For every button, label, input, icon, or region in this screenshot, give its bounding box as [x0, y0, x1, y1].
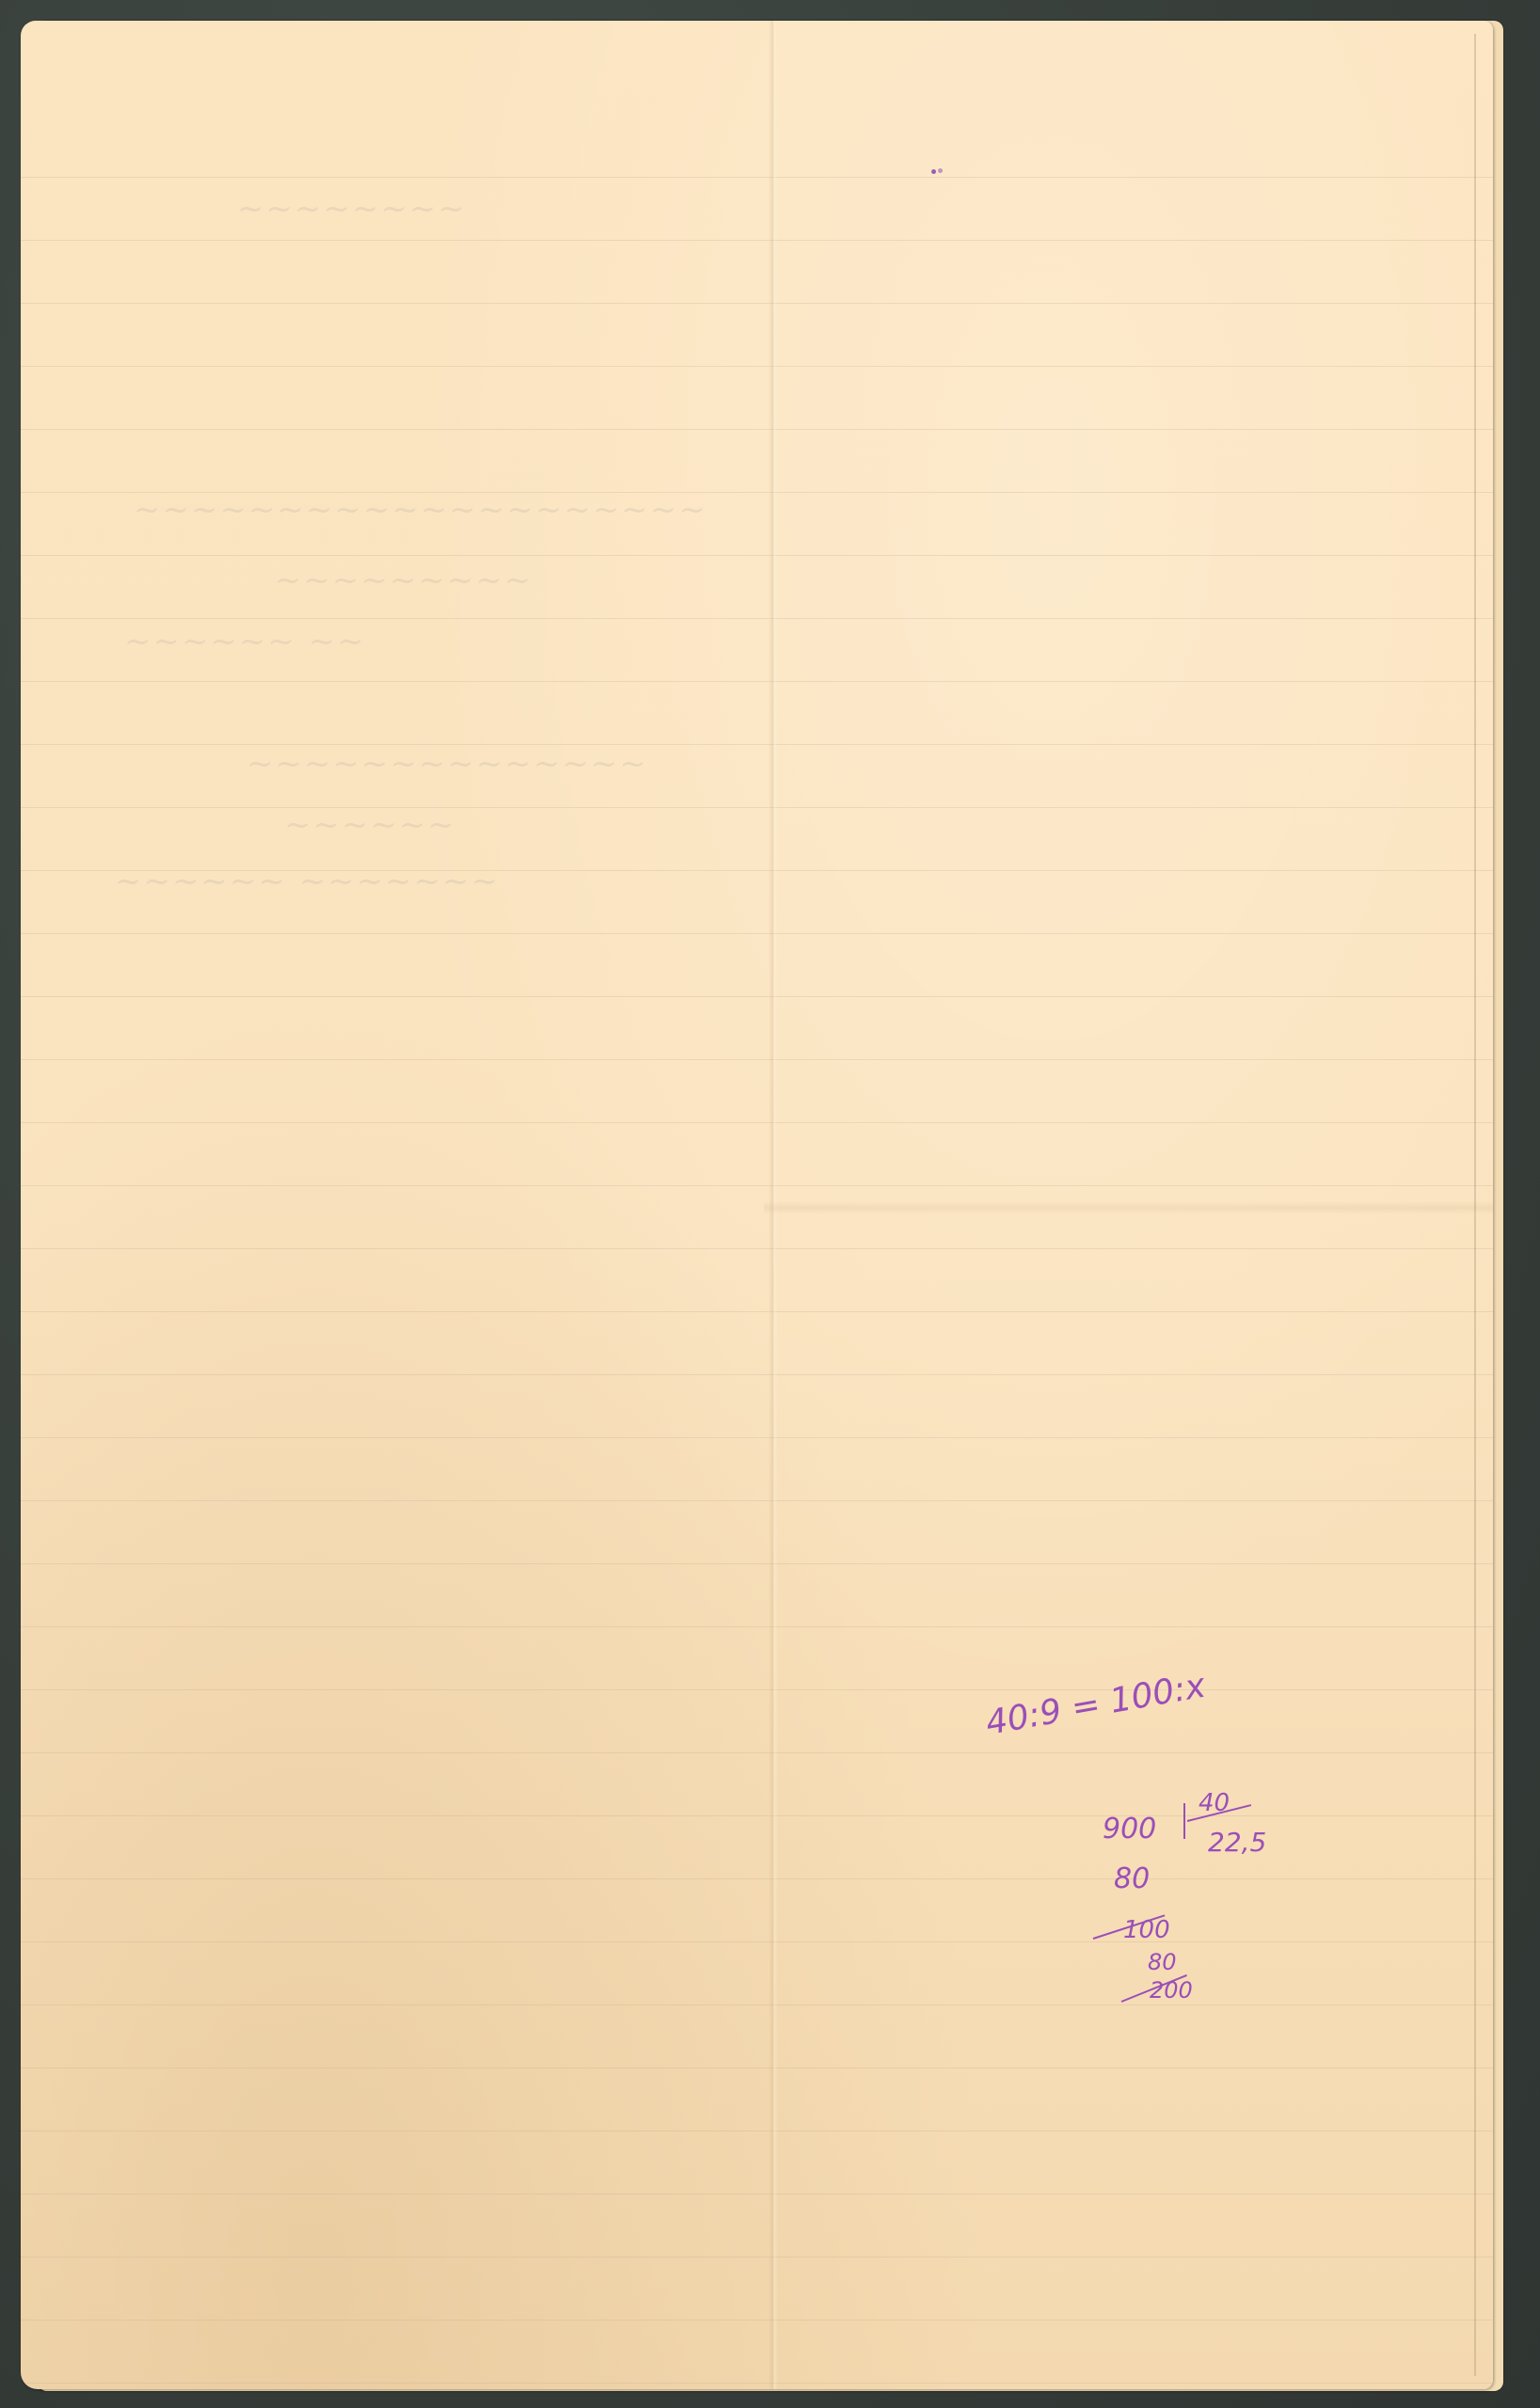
- bleed-through-text: ~~~~~~~~: [237, 190, 467, 228]
- remainder-step-1: 100: [1123, 1916, 1170, 1944]
- bleed-through-text: ~~~~~~~~~~~~~~~~~~~~: [134, 491, 707, 529]
- subtraction-step-1: 80: [1114, 1862, 1150, 1895]
- sheet-edge: [1474, 34, 1476, 2376]
- bleed-through-text: ~~~~~~ ~~~~~~~: [115, 863, 500, 900]
- bleed-through-text: ~~~~~~~~~: [275, 562, 532, 599]
- remainder-step-2: 200: [1150, 1977, 1193, 2004]
- division-dividend: 900: [1103, 1813, 1156, 1846]
- ink-dot: [938, 168, 943, 173]
- division-bracket: [1183, 1803, 1185, 1839]
- division-quotient: 22,5: [1208, 1827, 1266, 1858]
- subtraction-step-2: 80: [1148, 1949, 1177, 1975]
- bleed-through-text: ~~~~~~: [284, 806, 456, 844]
- ink-dot: [931, 169, 936, 174]
- bleed-through-text: ~~~~~~~~~~~~~~: [246, 745, 648, 783]
- horizontal-crease: [764, 1201, 1493, 1214]
- bleed-through-text: ~~~~~~ ~~: [124, 623, 366, 660]
- paper-sheet: ~~~~~~~~ ~~~~~~~~~~~~~~~~~~~~ ~~~~~~~~~ …: [21, 21, 1493, 2389]
- ruled-lines: [21, 115, 1493, 2389]
